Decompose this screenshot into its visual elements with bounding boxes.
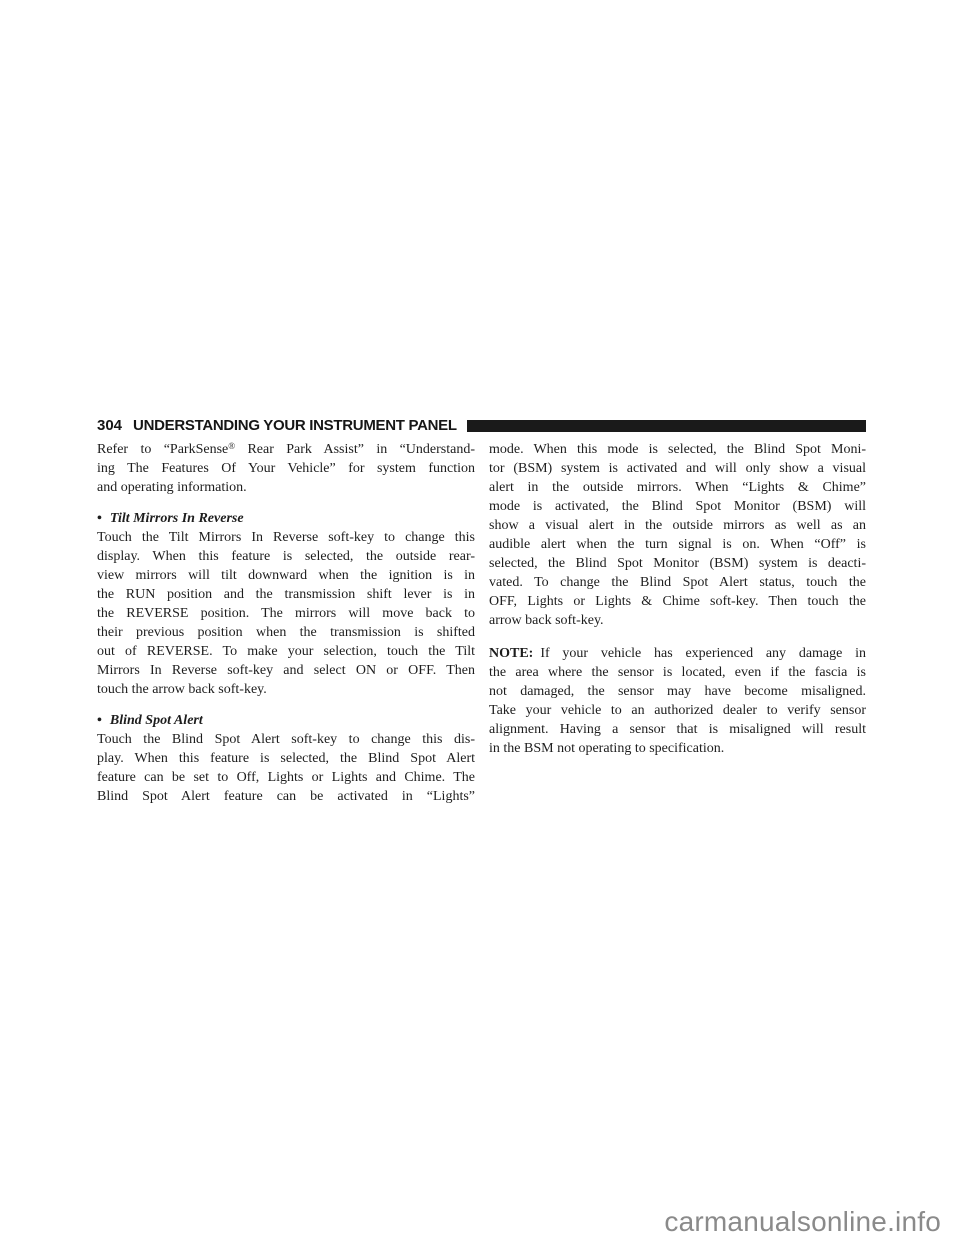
- text-segment: Refer to “ParkSense: [97, 442, 228, 457]
- page-title: UNDERSTANDING YOUR INSTRUMENT PANEL: [133, 417, 457, 434]
- note-label: NOTE:: [489, 646, 533, 661]
- bullet-icon: •: [97, 511, 102, 526]
- text-line: Touch the Blind Spot Alert soft-key to c…: [97, 730, 475, 749]
- paragraph-tilt-mirrors: Touch the Tilt Mirrors In Reverse soft-k…: [97, 528, 475, 699]
- paragraph-bsm-modes: mode. When this mode is selected, the Bl…: [489, 440, 866, 630]
- heading-tilt-mirrors-in-reverse: •Tilt Mirrors In Reverse: [97, 509, 475, 528]
- text-line: their previous position when the transmi…: [97, 623, 475, 642]
- text-line: Mirrors In Reverse soft-key and select O…: [97, 661, 475, 680]
- text-line: audible alert when the turn signal is on…: [489, 535, 866, 554]
- text-line: not damaged, the sensor may have become …: [489, 682, 866, 701]
- text-line: Blind Spot Alert feature can be activate…: [97, 787, 475, 806]
- text-line: tor (BSM) system is activated and will o…: [489, 459, 866, 478]
- text-line: touch the arrow back soft-key.: [97, 680, 475, 699]
- text-line: feature can be set to Off, Lights or Lig…: [97, 768, 475, 787]
- paragraph-parksense: Refer to “ParkSense® Rear Park Assist” i…: [97, 440, 475, 497]
- text-line: the REVERSE position. The mirrors will m…: [97, 604, 475, 623]
- text-line: arrow back soft-key.: [489, 611, 866, 630]
- text-segment: If your vehicle has experienced any dama…: [540, 646, 866, 661]
- text-line: the area where the sensor is located, ev…: [489, 663, 866, 682]
- page-header: 304 UNDERSTANDING YOUR INSTRUMENT PANEL: [97, 417, 866, 434]
- text-line: play. When this feature is selected, the…: [97, 749, 475, 768]
- text-line: alert in the outside mirrors. When “Ligh…: [489, 478, 866, 497]
- text-line: in the BSM not operating to specificatio…: [489, 739, 866, 758]
- page-number: 304: [97, 417, 122, 434]
- text-line: the RUN position and the transmission sh…: [97, 585, 475, 604]
- text-segment: Rear Park Assist” in “Understand-: [235, 442, 475, 457]
- left-column: Refer to “ParkSense® Rear Park Assist” i…: [97, 440, 475, 806]
- bullet-icon: •: [97, 713, 102, 728]
- text-line: selected, the Blind Spot Monitor (BSM) s…: [489, 554, 866, 573]
- text-line: mode is activated, the Blind Spot Monito…: [489, 497, 866, 516]
- text-line: Refer to “ParkSense® Rear Park Assist” i…: [97, 440, 475, 459]
- text-line: NOTE:If your vehicle has experienced any…: [489, 644, 866, 663]
- heading-text: Blind Spot Alert: [110, 713, 203, 728]
- watermark: carmanualsonline.info: [664, 1206, 941, 1238]
- text-line: Touch the Tilt Mirrors In Reverse soft-k…: [97, 528, 475, 547]
- text-line: ing The Features Of Your Vehicle” for sy…: [97, 459, 475, 478]
- paragraph-blind-spot-alert: Touch the Blind Spot Alert soft-key to c…: [97, 730, 475, 806]
- text-line: vated. To change the Blind Spot Alert st…: [489, 573, 866, 592]
- text-line: view mirrors will tilt downward when the…: [97, 566, 475, 585]
- text-line: display. When this feature is selected, …: [97, 547, 475, 566]
- text-line: OFF, Lights or Lights & Chime soft-key. …: [489, 592, 866, 611]
- text-line: and operating information.: [97, 478, 475, 497]
- right-column: mode. When this mode is selected, the Bl…: [489, 440, 866, 758]
- header-bar: [467, 420, 866, 432]
- paragraph-note: NOTE:If your vehicle has experienced any…: [489, 644, 866, 758]
- heading-blind-spot-alert: •Blind Spot Alert: [97, 711, 475, 730]
- text-line: mode. When this mode is selected, the Bl…: [489, 440, 866, 459]
- text-line: out of REVERSE. To make your selection, …: [97, 642, 475, 661]
- manual-page: 304 UNDERSTANDING YOUR INSTRUMENT PANEL …: [0, 0, 960, 1242]
- text-line: show a visual alert in the outside mirro…: [489, 516, 866, 535]
- heading-text: Tilt Mirrors In Reverse: [110, 511, 244, 526]
- text-line: Take your vehicle to an authorized deale…: [489, 701, 866, 720]
- text-line: alignment. Having a sensor that is misal…: [489, 720, 866, 739]
